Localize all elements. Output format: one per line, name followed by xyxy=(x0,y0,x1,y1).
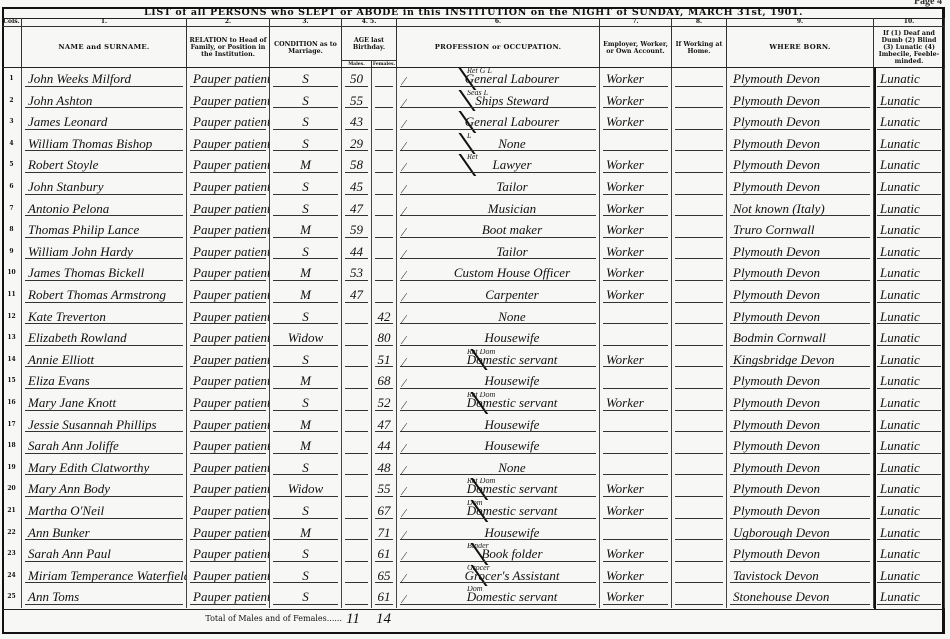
cell-text: Plymouth Devon xyxy=(733,157,820,172)
column-number: 10. xyxy=(874,18,944,27)
cell-occupation: ∕DomDomestic servant xyxy=(397,586,600,608)
ruled-line xyxy=(273,172,338,173)
cell-text: 20 xyxy=(7,485,15,492)
ruled-line xyxy=(877,129,941,130)
column-header-7: 8.If Working at Home. xyxy=(672,18,727,68)
cell-text: 52 xyxy=(378,395,391,410)
ruled-line xyxy=(273,604,338,605)
cell-employer: Worker xyxy=(600,284,672,306)
column-header-3: 3.CONDITION as to Marriage. xyxy=(270,18,342,68)
cell-condition: S xyxy=(270,586,342,608)
cell-occupation: ∕RetLawyer xyxy=(397,154,600,176)
cell-female-age: 67 xyxy=(372,500,397,522)
column-header-6: 7.Employer, Worker, or Own Account. xyxy=(600,18,672,68)
table-row: 14Annie ElliottPauper patientS51∕Ret Dom… xyxy=(2,349,945,371)
cell-male-age xyxy=(342,457,372,479)
cell-text: Mary Jane Knott xyxy=(28,395,116,410)
cell-text: Pauper patient xyxy=(193,481,270,496)
check-mark-icon: ∕ xyxy=(403,135,405,155)
cell-female-age: 55 xyxy=(372,478,397,500)
ruled-line xyxy=(375,280,393,281)
check-mark-icon: ∕ xyxy=(403,502,405,522)
ruled-line xyxy=(375,258,393,259)
cell-male-age: 47 xyxy=(342,198,372,220)
cell-text: Plymouth Devon xyxy=(733,503,820,518)
ruled-line xyxy=(190,496,266,497)
cell-infirmity: Lunatic xyxy=(874,500,945,522)
cell-text: Worker xyxy=(606,568,644,583)
cell-text: Tavistock Devon xyxy=(733,568,819,583)
ruled-line xyxy=(190,323,266,324)
cell-text: Housewife xyxy=(485,525,540,540)
table-row: 18Sarah Ann JoliffePauper patientM44∕Hou… xyxy=(2,435,945,457)
cell-male-age: 50 xyxy=(342,68,372,90)
cell-relation: Pauper patient xyxy=(187,154,270,176)
cell-male-age xyxy=(342,478,372,500)
table-row: 22Ann BunkerPauper patientM71∕HousewifeU… xyxy=(2,522,945,544)
check-mark-icon: ∕ xyxy=(403,567,405,587)
cell-infirmity: Lunatic xyxy=(874,219,945,241)
cell-female-age xyxy=(372,90,397,112)
ruled-line xyxy=(25,539,183,540)
ruled-line xyxy=(877,323,941,324)
check-mark-icon: ∕ xyxy=(403,524,405,544)
cell-text: Sarah Ann Joliffe xyxy=(28,438,119,453)
ruled-line xyxy=(345,496,368,497)
cell-text: Housewife xyxy=(485,373,540,388)
cell-infirmity: Lunatic xyxy=(874,435,945,457)
cell-name: James Leonard xyxy=(22,111,187,133)
cell-condition: S xyxy=(270,543,342,565)
table-row: 7Antonio PelonaPauper patientS47∕Musicia… xyxy=(2,198,945,220)
ruled-line xyxy=(675,107,723,108)
cell-text: S xyxy=(302,114,309,129)
cell-name: James Thomas Bickell xyxy=(22,262,187,284)
cell-name: Annie Elliott xyxy=(22,349,187,371)
ruled-line xyxy=(400,366,596,367)
cell-female-age xyxy=(372,111,397,133)
occupation-annotation: L xyxy=(467,133,471,140)
ruled-line xyxy=(375,172,393,173)
cell-occupation: ∕Housewife xyxy=(397,370,600,392)
cell-text: 8 xyxy=(9,226,13,233)
ruled-line xyxy=(25,604,183,605)
cell-born: Plymouth Devon xyxy=(727,284,874,306)
check-mark-icon: ∕ xyxy=(403,480,405,500)
ruled-line xyxy=(603,215,668,216)
cell-born: Plymouth Devon xyxy=(727,478,874,500)
ruled-line xyxy=(345,258,368,259)
cell-male-age xyxy=(342,349,372,371)
ruled-line xyxy=(877,582,941,583)
ruled-line xyxy=(190,86,266,87)
cell-born: Plymouth Devon xyxy=(727,241,874,263)
cell-male-age: 45 xyxy=(342,176,372,198)
cell-infirmity: Lunatic xyxy=(874,90,945,112)
cell-text: S xyxy=(302,136,309,151)
cell-n: 14 xyxy=(2,349,22,371)
cell-text: Custom House Officer xyxy=(454,265,570,280)
cell-employer xyxy=(600,522,672,544)
cell-born: Kingsbridge Devon xyxy=(727,349,874,371)
ruled-line xyxy=(603,172,668,173)
cell-born: Plymouth Devon xyxy=(727,111,874,133)
cell-occupation: ∕Boot maker xyxy=(397,219,600,241)
ruled-line xyxy=(273,366,338,367)
cell-female-age: 52 xyxy=(372,392,397,414)
cell-name: William John Hardy xyxy=(22,241,187,263)
ruled-line xyxy=(375,237,393,238)
cell-employer: Worker xyxy=(600,154,672,176)
ruled-line xyxy=(400,86,596,87)
cell-home xyxy=(672,219,727,241)
cell-male-age xyxy=(342,306,372,328)
ruled-line xyxy=(400,323,596,324)
cell-text: Lunatic xyxy=(880,222,920,237)
ruled-line xyxy=(603,280,668,281)
cell-text: M xyxy=(300,438,311,453)
ruled-line xyxy=(25,237,183,238)
cell-text: Pauper patient xyxy=(193,330,270,345)
cell-home xyxy=(672,241,727,263)
table-row: 19Mary Edith ClatworthyPauper patientS48… xyxy=(2,457,945,479)
column-number: 2. xyxy=(187,18,269,27)
ruled-line xyxy=(877,496,941,497)
cell-text: S xyxy=(302,93,309,108)
cell-text: S xyxy=(302,503,309,518)
cell-text: Pauper patient xyxy=(193,460,270,475)
cell-condition: M xyxy=(270,435,342,457)
cell-text: S xyxy=(302,201,309,216)
ruled-line xyxy=(877,410,941,411)
cell-n: 23 xyxy=(2,543,22,565)
ruled-line xyxy=(345,323,368,324)
cell-condition: M xyxy=(270,154,342,176)
cell-male-age: 47 xyxy=(342,284,372,306)
column-label: AGE last Birthday. xyxy=(342,27,396,60)
cell-name: Robert Thomas Armstrong xyxy=(22,284,187,306)
cell-text: 9 xyxy=(9,248,13,255)
ruled-line xyxy=(877,107,941,108)
cell-text: Mary Ann Body xyxy=(28,481,110,496)
ruled-line xyxy=(877,172,941,173)
cell-n: 21 xyxy=(2,500,22,522)
ruled-line xyxy=(603,129,668,130)
cell-employer xyxy=(600,306,672,328)
ruled-line xyxy=(730,86,870,87)
ruled-line xyxy=(345,410,368,411)
ruled-line xyxy=(877,150,941,151)
cell-name: Kate Treverton xyxy=(22,306,187,328)
cell-condition: S xyxy=(270,565,342,587)
cell-employer xyxy=(600,457,672,479)
cell-condition: S xyxy=(270,111,342,133)
table-row: 20Mary Ann BodyPauper patientWidow55∕Ret… xyxy=(2,478,945,500)
ruled-line xyxy=(190,604,266,605)
cell-female-age xyxy=(372,262,397,284)
cell-female-age: 44 xyxy=(372,435,397,457)
cell-text: Worker xyxy=(606,222,644,237)
ruled-line xyxy=(877,86,941,87)
cell-text: General Labourer xyxy=(465,71,560,86)
ruled-line xyxy=(273,539,338,540)
cell-text: 59 xyxy=(350,222,363,237)
table-row: 17Jessie Susannah PhillipsPauper patient… xyxy=(2,414,945,436)
ruled-line xyxy=(730,302,870,303)
cell-text: S xyxy=(302,568,309,583)
ruled-line xyxy=(400,194,596,195)
cell-text: Kate Treverton xyxy=(28,309,106,324)
cell-relation: Pauper patient xyxy=(187,435,270,457)
cell-born: Plymouth Devon xyxy=(727,392,874,414)
cell-text: Worker xyxy=(606,114,644,129)
cell-text: Plymouth Devon xyxy=(733,114,820,129)
ruled-line xyxy=(877,345,941,346)
cell-text: Lawyer xyxy=(493,157,532,172)
cell-text: S xyxy=(302,546,309,561)
cell-condition: S xyxy=(270,457,342,479)
cell-born: Ugborough Devon xyxy=(727,522,874,544)
cell-relation: Pauper patient xyxy=(187,306,270,328)
cell-employer: Worker xyxy=(600,392,672,414)
cell-text: 53 xyxy=(350,265,363,280)
cell-male-age xyxy=(342,586,372,608)
cell-text: Pauper patient xyxy=(193,438,270,453)
table-row: 16Mary Jane KnottPauper patientS52∕Ret D… xyxy=(2,392,945,414)
column-label: Employer, Worker, or Own Account. xyxy=(600,27,671,68)
cell-occupation: ∕Ret G LGeneral Labourer xyxy=(397,68,600,90)
cell-female-age: 68 xyxy=(372,370,397,392)
ruled-line xyxy=(190,237,266,238)
ruled-line xyxy=(345,150,368,151)
cell-employer xyxy=(600,370,672,392)
table-row: 10James Thomas BickellPauper patientM53∕… xyxy=(2,262,945,284)
cell-infirmity: Lunatic xyxy=(874,392,945,414)
ruled-line xyxy=(25,323,183,324)
cell-infirmity: Lunatic xyxy=(874,543,945,565)
cell-n: 25 xyxy=(2,586,22,608)
ruled-line xyxy=(25,582,183,583)
cell-text: 67 xyxy=(378,503,391,518)
cell-text: Robert Stoyle xyxy=(28,157,98,172)
cell-text: M xyxy=(300,525,311,540)
ruled-line xyxy=(675,194,723,195)
ruled-line xyxy=(25,388,183,389)
cell-occupation: ∕Ret DomDomestic servant xyxy=(397,349,600,371)
total-females: 14 xyxy=(376,611,391,628)
ruled-line xyxy=(730,431,870,432)
cell-text: Plymouth Devon xyxy=(733,244,820,259)
cell-male-age: 29 xyxy=(342,133,372,155)
cell-male-age: 58 xyxy=(342,154,372,176)
cell-text: Lunatic xyxy=(880,546,920,561)
ruled-line xyxy=(345,302,368,303)
cell-text: Ann Toms xyxy=(28,589,79,604)
cell-name: Mary Jane Knott xyxy=(22,392,187,414)
cell-text: Sarah Ann Paul xyxy=(28,546,111,561)
cell-born: Plymouth Devon xyxy=(727,435,874,457)
ruled-line xyxy=(190,194,266,195)
ruled-line xyxy=(273,518,338,519)
cell-text: 17 xyxy=(7,421,15,428)
ruled-line xyxy=(273,302,338,303)
column-label: PROFESSION or OCCUPATION. xyxy=(397,27,599,68)
ruled-line xyxy=(25,561,183,562)
page-label: Page 4 xyxy=(914,0,942,7)
ruled-line xyxy=(345,345,368,346)
ruled-line xyxy=(345,431,368,432)
ruled-line xyxy=(375,453,393,454)
ruled-line xyxy=(400,453,596,454)
ruled-line xyxy=(675,604,723,605)
ruled-line xyxy=(190,302,266,303)
ruled-line xyxy=(190,539,266,540)
cell-n: 8 xyxy=(2,219,22,241)
cell-home xyxy=(672,176,727,198)
cell-text: Worker xyxy=(606,287,644,302)
column-number: 6. xyxy=(397,18,599,27)
cell-home xyxy=(672,133,727,155)
cell-infirmity: Lunatic xyxy=(874,68,945,90)
cell-born: Plymouth Devon xyxy=(727,154,874,176)
occupation-annotation: Ret xyxy=(467,154,478,161)
cell-text: Lunatic xyxy=(880,503,920,518)
column-number: 8. xyxy=(672,18,726,27)
cell-text: 15 xyxy=(7,377,15,384)
ruled-line xyxy=(675,518,723,519)
cell-name: Mary Edith Clatworthy xyxy=(22,457,187,479)
cell-text: 18 xyxy=(7,442,15,449)
cell-employer xyxy=(600,327,672,349)
ruled-line xyxy=(190,366,266,367)
check-mark-icon: ∕ xyxy=(403,92,405,112)
cell-home xyxy=(672,327,727,349)
total-males: 11 xyxy=(346,611,360,628)
cell-text: Plymouth Devon xyxy=(733,287,820,302)
ruled-line xyxy=(375,194,393,195)
ruled-line xyxy=(675,388,723,389)
cell-text: 10 xyxy=(7,269,15,276)
cell-occupation: ∕Seas LShips Steward xyxy=(397,90,600,112)
ruled-line xyxy=(345,129,368,130)
column-number: 1. xyxy=(22,18,186,27)
cell-occupation: ∕BinderBook folder xyxy=(397,543,600,565)
cell-text: Ships Steward xyxy=(475,93,549,108)
cell-text: Lunatic xyxy=(880,460,920,475)
cell-text: 23 xyxy=(7,550,15,557)
cell-text: Worker xyxy=(606,503,644,518)
cell-text: Lunatic xyxy=(880,309,920,324)
cell-male-age: 53 xyxy=(342,262,372,284)
ruled-line xyxy=(730,237,870,238)
cell-home xyxy=(672,392,727,414)
ruled-line xyxy=(675,366,723,367)
ruled-line xyxy=(25,474,183,475)
cell-employer: Worker xyxy=(600,90,672,112)
cell-text: 3 xyxy=(9,118,13,125)
cell-text: 55 xyxy=(350,93,363,108)
cell-occupation: ∕None xyxy=(397,457,600,479)
cell-text: William Thomas Bishop xyxy=(28,136,152,151)
ruled-line xyxy=(375,366,393,367)
ruled-line xyxy=(603,518,668,519)
cell-born: Plymouth Devon xyxy=(727,306,874,328)
cell-text: 43 xyxy=(350,114,363,129)
cell-text: Plymouth Devon xyxy=(733,93,820,108)
cell-text: Lunatic xyxy=(880,179,920,194)
cell-text: Tailor xyxy=(496,179,527,194)
check-mark-icon: ∕ xyxy=(403,588,405,608)
cell-infirmity: Lunatic xyxy=(874,111,945,133)
cell-born: Bodmin Cornwall xyxy=(727,327,874,349)
cell-n: 22 xyxy=(2,522,22,544)
cell-female-age xyxy=(372,198,397,220)
cell-condition: S xyxy=(270,90,342,112)
cell-text: William John Hardy xyxy=(28,244,133,259)
cell-name: William Thomas Bishop xyxy=(22,133,187,155)
table-row: 2John AshtonPauper patientS55∕Seas LShip… xyxy=(2,90,945,112)
cell-relation: Pauper patient xyxy=(187,457,270,479)
column-label: CONDITION as to Marriage. xyxy=(270,27,341,68)
check-mark-icon: ∕ xyxy=(403,308,405,328)
ruled-line xyxy=(25,410,183,411)
cell-name: John Weeks Milford xyxy=(22,68,187,90)
cell-condition: S xyxy=(270,349,342,371)
cell-text: General Labourer xyxy=(465,114,560,129)
cell-home xyxy=(672,522,727,544)
cell-text: Pauper patient xyxy=(193,589,270,604)
ruled-line xyxy=(877,237,941,238)
cell-employer: Worker xyxy=(600,219,672,241)
cell-name: Sarah Ann Joliffe xyxy=(22,435,187,457)
ruled-line xyxy=(400,258,596,259)
ruled-line xyxy=(273,431,338,432)
ruled-line xyxy=(273,129,338,130)
ruled-line xyxy=(400,496,596,497)
cell-home xyxy=(672,111,727,133)
cell-text: 45 xyxy=(350,179,363,194)
cell-relation: Pauper patient xyxy=(187,198,270,220)
cell-occupation: ∕Carpenter xyxy=(397,284,600,306)
check-mark-icon: ∕ xyxy=(403,113,405,133)
cell-text: 4 xyxy=(9,140,13,147)
ruled-line xyxy=(877,366,941,367)
cell-text: Pauper patient xyxy=(193,287,270,302)
column-header-4: 4. 5.AGE last Birthday. xyxy=(342,18,397,60)
ruled-line xyxy=(375,107,393,108)
cell-home xyxy=(672,414,727,436)
table-row: 5Robert StoylePauper patientM58∕RetLawye… xyxy=(2,154,945,176)
cell-text: Truro Cornwall xyxy=(733,222,815,237)
cell-text: Worker xyxy=(606,93,644,108)
cell-employer: Worker xyxy=(600,543,672,565)
cell-text: Pauper patient xyxy=(193,525,270,540)
cell-home xyxy=(672,565,727,587)
cell-home xyxy=(672,262,727,284)
cell-occupation: ∕Ret DomDomestic servant xyxy=(397,392,600,414)
cell-infirmity: Lunatic xyxy=(874,370,945,392)
cell-text: Thomas Philip Lance xyxy=(28,222,139,237)
cell-n: 5 xyxy=(2,154,22,176)
check-mark-icon: ∕ xyxy=(403,178,405,198)
ruled-line xyxy=(675,237,723,238)
cell-text: 68 xyxy=(378,373,391,388)
column-label: RELATION to Head of Family, or Position … xyxy=(187,27,269,68)
cell-text: 47 xyxy=(350,201,363,216)
ruled-line xyxy=(190,345,266,346)
ruled-line xyxy=(25,302,183,303)
column-header-2: 2.RELATION to Head of Family, or Positio… xyxy=(187,18,270,68)
